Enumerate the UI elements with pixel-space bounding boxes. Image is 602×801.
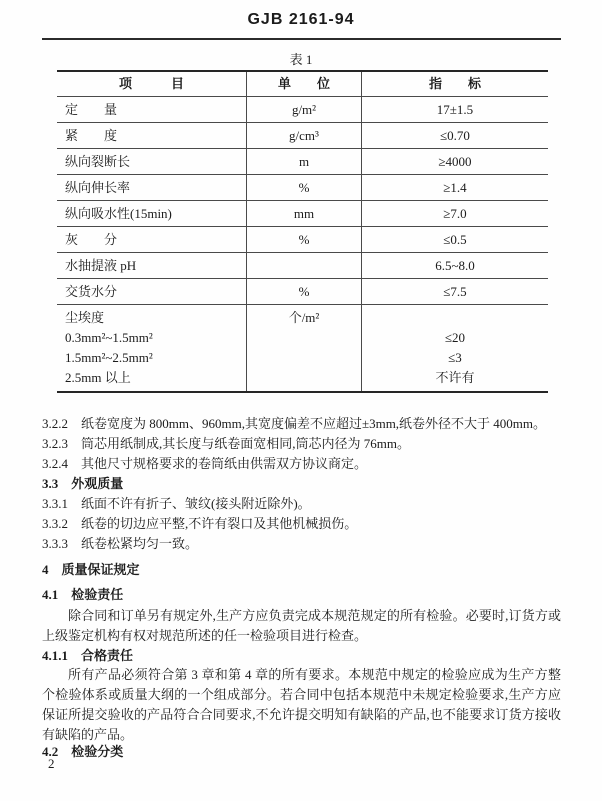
row-unit: % xyxy=(247,279,362,304)
dust-item-cell: 尘埃度 0.3mm²~1.5mm² 1.5mm²~2.5mm² 2.5mm 以上 xyxy=(57,305,247,391)
paragraph-4-1: 除合同和订单另有规定外,生产方应负责完成本规范规定的所有检验。必要时,订货方或上… xyxy=(42,606,561,646)
row-item: 紧 度 xyxy=(57,123,247,148)
clause-text: 纸面不许有折子、皱纹(接头附近除外)。 xyxy=(81,496,311,511)
clause-3-2-2: 3.2.2纸卷宽度为 800mm、960mm,其宽度偏差不应超过±3mm,纸卷外… xyxy=(42,414,561,434)
row-value: 6.5~8.0 xyxy=(362,253,548,278)
heading-3-3: 3.3外观质量 xyxy=(42,474,561,494)
clause-text: 检验责任 xyxy=(71,587,123,602)
clause-number: 4 xyxy=(42,560,49,580)
table-row: 水抽提液 pH 6.5~8.0 xyxy=(57,252,548,278)
heading-4: 4质量保证规定 xyxy=(42,560,561,580)
page-number: 2 xyxy=(48,756,55,772)
row-unit xyxy=(247,253,362,278)
clause-number: 3.2.2 xyxy=(42,414,68,434)
row-item: 水抽提液 pH xyxy=(57,253,247,278)
clause-text: 纸卷的切边应平整,不许有裂口及其他机械损伤。 xyxy=(81,516,357,531)
row-item: 定 量 xyxy=(57,97,247,122)
row-unit: % xyxy=(247,227,362,252)
paragraph-4-1-1: 所有产品必须符合第 3 章和第 4 章的所有要求。本规范中规定的检验应成为生产方… xyxy=(42,665,561,745)
table-row: 纵向伸长率 % ≥1.4 xyxy=(57,174,548,200)
clause-text: 纸卷松紧均匀一致。 xyxy=(81,536,198,551)
row-item: 纵向吸水性(15min) xyxy=(57,201,247,226)
row-value: ≤0.5 xyxy=(362,227,548,252)
table-row-dust: 尘埃度 0.3mm²~1.5mm² 1.5mm²~2.5mm² 2.5mm 以上… xyxy=(57,304,548,391)
clause-3-3-2: 3.3.2纸卷的切边应平整,不许有裂口及其他机械损伤。 xyxy=(42,514,561,534)
row-item: 纵向裂断长 xyxy=(57,149,247,174)
document-page: GJB 2161-94 表 1 项 目 单 位 指 标 定 量 g/m² 17±… xyxy=(0,0,602,801)
table-row: 紧 度 g/cm³ ≤0.70 xyxy=(57,122,548,148)
row-unit: g/cm³ xyxy=(247,123,362,148)
dust-value: ≤20 xyxy=(370,328,540,348)
col-header-index: 指 标 xyxy=(362,72,548,96)
dust-value-spacer xyxy=(370,308,540,328)
row-unit: mm xyxy=(247,201,362,226)
table-row: 灰 分 % ≤0.5 xyxy=(57,226,548,252)
header-rule xyxy=(42,38,561,40)
row-value: ≥7.0 xyxy=(362,201,548,226)
dust-range: 0.3mm²~1.5mm² xyxy=(65,328,238,348)
heading-4-1-1: 4.1.1合格责任 xyxy=(42,646,561,666)
dust-range: 1.5mm²~2.5mm² xyxy=(65,348,238,368)
clause-text: 其他尺寸规格要求的卷筒纸由供需双方协议商定。 xyxy=(81,456,367,471)
clause-3-3-3: 3.3.3纸卷松紧均匀一致。 xyxy=(42,534,561,554)
row-value: ≤7.5 xyxy=(362,279,548,304)
col-header-item: 项 目 xyxy=(57,72,247,96)
heading-4-2: 4.2检验分类 xyxy=(42,742,561,762)
table-caption: 表 1 xyxy=(0,49,602,68)
row-value: 17±1.5 xyxy=(362,97,548,122)
clause-number: 3.2.3 xyxy=(42,434,68,454)
clause-number: 4.1 xyxy=(42,585,58,605)
col-header-unit: 单 位 xyxy=(247,72,362,96)
dust-value: 不许有 xyxy=(370,368,540,388)
row-unit: m xyxy=(247,149,362,174)
clause-text: 纸卷宽度为 800mm、960mm,其宽度偏差不应超过±3mm,纸卷外径不大于 … xyxy=(81,416,546,431)
dust-unit: 个/m² xyxy=(255,308,353,328)
dust-value: ≤3 xyxy=(370,348,540,368)
dust-value-cell: ≤20 ≤3 不许有 xyxy=(362,305,548,391)
clause-number: 3.2.4 xyxy=(42,454,68,474)
clause-text: 筒芯用纸制成,其长度与纸卷面宽相同,筒芯内径为 76mm。 xyxy=(81,436,410,451)
row-item: 纵向伸长率 xyxy=(57,175,247,200)
table-row: 定 量 g/m² 17±1.5 xyxy=(57,96,548,122)
table-row: 纵向吸水性(15min) mm ≥7.0 xyxy=(57,200,548,226)
row-value: ≤0.70 xyxy=(362,123,548,148)
clause-number: 3.3.3 xyxy=(42,534,68,554)
dust-range: 2.5mm 以上 xyxy=(65,368,238,388)
table-header-row: 项 目 单 位 指 标 xyxy=(57,72,548,96)
table-row: 交货水分 % ≤7.5 xyxy=(57,278,548,304)
dust-item-label: 尘埃度 xyxy=(65,308,238,328)
dust-unit-cell: 个/m² xyxy=(247,305,362,391)
row-unit: % xyxy=(247,175,362,200)
doc-number: GJB 2161-94 xyxy=(0,11,602,29)
row-unit: g/m² xyxy=(247,97,362,122)
table-row: 纵向裂断长 m ≥4000 xyxy=(57,148,548,174)
clause-number: 3.3 xyxy=(42,474,58,494)
clause-number: 4.1.1 xyxy=(42,646,68,666)
row-value: ≥1.4 xyxy=(362,175,548,200)
clause-text: 外观质量 xyxy=(71,476,123,491)
spec-table: 项 目 单 位 指 标 定 量 g/m² 17±1.5 紧 度 g/cm³ ≤0… xyxy=(57,70,548,393)
clause-3-3-1: 3.3.1纸面不许有折子、皱纹(接头附近除外)。 xyxy=(42,494,561,514)
heading-4-1: 4.1检验责任 xyxy=(42,585,561,605)
clause-3-2-3: 3.2.3筒芯用纸制成,其长度与纸卷面宽相同,筒芯内径为 76mm。 xyxy=(42,434,561,454)
clause-number: 3.3.1 xyxy=(42,494,68,514)
row-item: 灰 分 xyxy=(57,227,247,252)
row-value: ≥4000 xyxy=(362,149,548,174)
clause-text: 检验分类 xyxy=(71,744,123,759)
row-item: 交货水分 xyxy=(57,279,247,304)
clause-3-2-4: 3.2.4其他尺寸规格要求的卷筒纸由供需双方协议商定。 xyxy=(42,454,561,474)
section-3-clauses: 3.2.2纸卷宽度为 800mm、960mm,其宽度偏差不应超过±3mm,纸卷外… xyxy=(42,414,561,554)
clause-text: 质量保证规定 xyxy=(62,562,140,577)
clause-number: 3.3.2 xyxy=(42,514,68,534)
clause-text: 合格责任 xyxy=(81,648,133,663)
